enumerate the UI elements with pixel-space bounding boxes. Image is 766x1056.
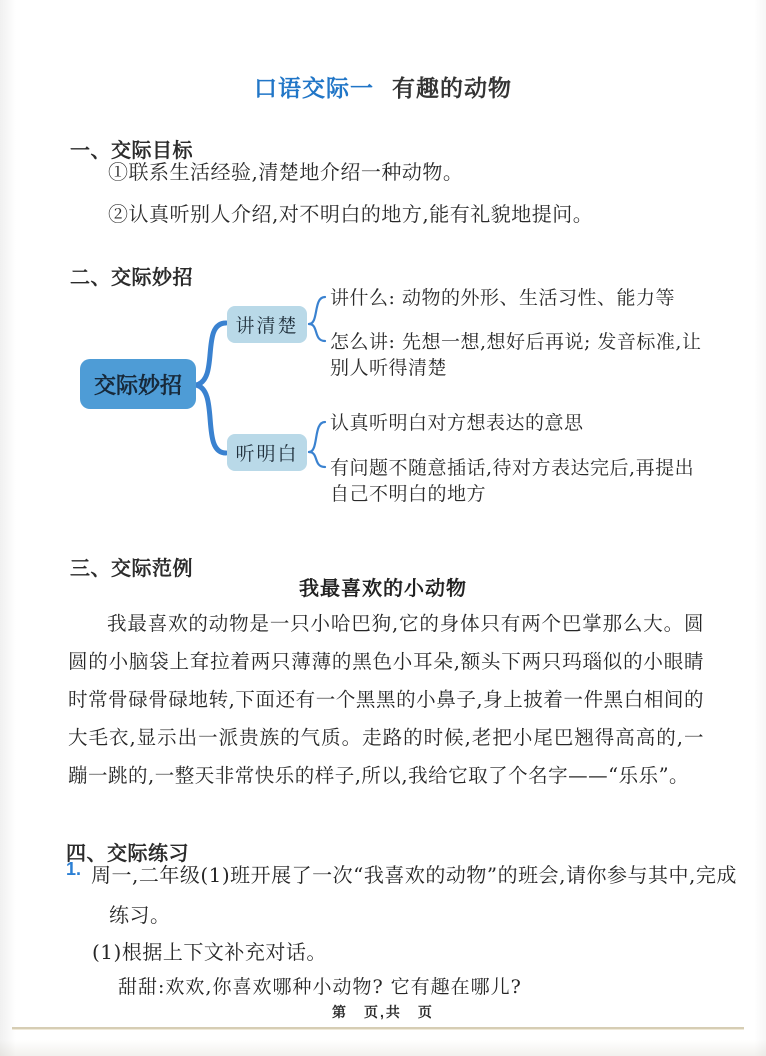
- listen-point-no-interrupt: 有问题不随意插话,待对方表达完后,再提出自己不明白的地方: [330, 455, 708, 507]
- scan-shadow-bottom: [0, 1040, 766, 1056]
- question-1-text: 周一,二年级(1)班开展了一次“我喜欢的动物”的班会,请你参与其中,完成练习。: [91, 855, 741, 935]
- mindmap-node-speak-clearly: 讲清楚: [227, 306, 307, 343]
- scan-shadow-left: [0, 0, 16, 1056]
- footer-rule: [12, 1027, 744, 1030]
- dialogue-line-tiantian: 甜甜:欢欢,你喜欢哪种小动物? 它有趣在哪儿?: [118, 972, 522, 999]
- essay-title: 我最喜欢的小动物: [0, 572, 766, 601]
- mindmap-node-listen-well: 听明白: [227, 434, 307, 471]
- goal-item-1: ①联系生活经验,清楚地介绍一种动物。: [108, 156, 463, 185]
- speak-point-how: 怎么讲: 先想一想,想好后再说; 发音标准,让别人听得清楚: [330, 329, 714, 381]
- root-branch-top-connector: [196, 323, 226, 385]
- listen-point1-connector: [309, 422, 325, 452]
- sub-question-1: (1)根据上下文补充对话。: [92, 936, 327, 965]
- lesson-topic: 有趣的动物: [392, 75, 512, 101]
- listen-point-understand: 认真听明白对方想表达的意思: [330, 410, 742, 436]
- mindmap-root-node: 交际妙招: [80, 359, 196, 409]
- speak-point1-connector: [309, 297, 325, 324]
- root-branch-bottom-connector: [196, 385, 226, 453]
- page-number-footer: 第 页,共 页: [0, 1002, 766, 1022]
- goal-item-2: ②认真听别人介绍,对不明白的地方,能有礼貌地提问。: [108, 198, 593, 227]
- question-1-number: 1.: [66, 859, 81, 880]
- tips-mindmap: 交际妙招 讲清楚 听明白 讲什么: 动物的外形、生活习性、能力等 怎么讲: 先想…: [64, 283, 720, 518]
- scan-shadow-right: [754, 0, 766, 1056]
- speak-point-what: 讲什么: 动物的外形、生活习性、能力等: [330, 285, 742, 311]
- essay-body: 我最喜欢的动物是一只小哈巴狗,它的身体只有两个巴掌那么大。圆圆的小脑袋上耷拉着两…: [68, 605, 704, 795]
- listen-point2-connector: [309, 452, 325, 467]
- lesson-number: 口语交际一: [254, 75, 374, 101]
- page-title: 口语交际一有趣的动物: [0, 70, 766, 103]
- speak-point2-connector: [309, 324, 325, 341]
